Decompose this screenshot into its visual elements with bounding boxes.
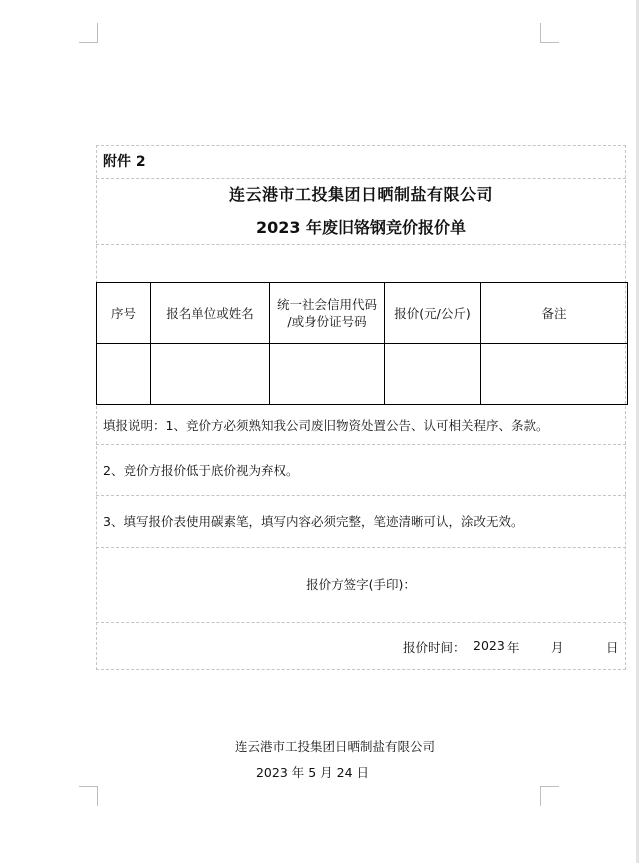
quote-time-label: 报价时间： [403,638,466,656]
cell-bidder-name[interactable] [151,344,270,405]
cell-price[interactable] [385,344,481,405]
title-form: 2023 年废旧铬钢竞价报价单 [96,215,626,238]
signature-label: 报价方签字(手印)： [96,575,626,593]
divider [96,622,626,623]
divider [96,547,626,548]
footer-date: 2023 年 5 月 24 日 [200,763,425,781]
cell-serial-number[interactable] [97,344,151,405]
header-remarks: 备注 [481,283,628,344]
cell-remarks[interactable] [481,344,628,405]
table-header-row: 序号 报名单位或姓名 统一社会信用代码 /或身份证号码 报价(元/公斤) 备注 [97,283,628,344]
quote-table: 序号 报名单位或姓名 统一社会信用代码 /或身份证号码 报价(元/公斤) 备注 [96,282,628,405]
crop-mark-top-right [540,23,559,43]
crop-mark-bottom-left [79,786,98,806]
header-bidder-name: 报名单位或姓名 [151,283,270,344]
divider [96,495,626,496]
note-2: 2、竞价方报价低于底价视为弃权。 [103,461,298,479]
quote-time-month-unit: 月 [551,638,564,656]
cell-credit-code[interactable] [270,344,385,405]
header-credit-code-line1: 统一社会信用代码 [270,296,384,313]
header-price: 报价(元/公斤) [385,283,481,344]
divider [96,244,626,245]
crop-mark-bottom-right [540,786,559,806]
quote-time-day-unit: 日 [606,638,619,656]
quote-time-year-unit: 年 [507,638,520,656]
divider [96,178,626,179]
header-credit-code: 统一社会信用代码 /或身份证号码 [270,283,385,344]
table-row [97,344,628,405]
note-1: 填报说明：1、竞价方必须熟知我公司废旧物资处置公告、认可相关程序、条款。 [103,416,548,434]
header-serial-number: 序号 [97,283,151,344]
title-company: 连云港市工投集团日晒制盐有限公司 [96,182,626,205]
divider [96,444,626,445]
header-credit-code-line2: /或身份证号码 [270,313,384,330]
attachment-label: 附件 2 [103,151,146,171]
note-3: 3、填写报价表使用碳素笔，填写内容必须完整，笔迹清晰可认，涂改无效。 [103,512,523,530]
footer-company: 连云港市工投集团日晒制盐有限公司 [200,737,470,755]
crop-mark-top-left [79,23,98,43]
quote-time-year: 2023 [473,638,505,653]
